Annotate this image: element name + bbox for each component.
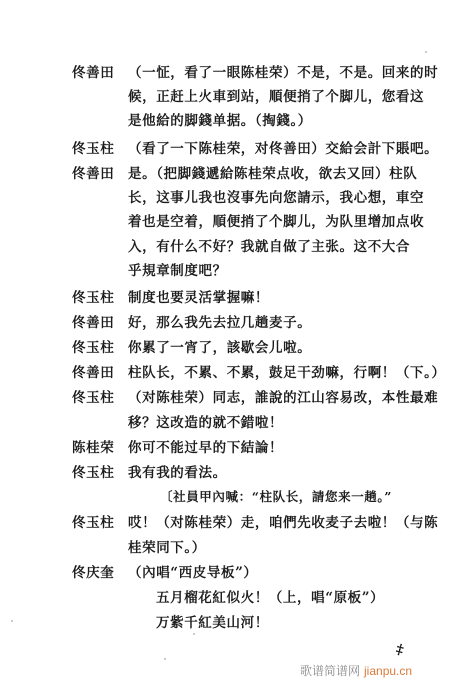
speaker-label: 佟玉柱 — [72, 340, 114, 356]
dialogue-line: 乎規章制度吧？ — [128, 263, 227, 279]
dialogue-line: 着也是空着，順便捎了个脚儿，为队里增加点收 — [128, 214, 424, 230]
scan-speck — [11, 620, 13, 622]
speaker-label: 佟玉柱 — [72, 515, 114, 531]
watermark: 歌谱简谱网jianpu.cn — [300, 662, 412, 679]
speaker-label: 佟善田 — [72, 166, 114, 182]
speaker-label: 佟玉柱 — [72, 390, 114, 406]
dialogue-line: （看了一下陈桂荣，对佟善田）交給会計下賬吧。 — [128, 141, 438, 157]
speaker-label: 佟玉柱 — [72, 141, 114, 157]
stage-direction: 〔社員甲內喊：“柱队长，請您来一趟。” — [160, 489, 392, 505]
speaker-label: 佟善田 — [72, 365, 114, 381]
scan-speck — [164, 658, 166, 660]
dialogue-line: 候，正赶上火車到站，順便捎了个脚儿，您看这 — [128, 89, 424, 105]
verse-line: 万紫千紅美山河！ — [156, 615, 269, 631]
dialogue-line: 桂荣同下。） — [128, 540, 206, 556]
speaker-label: 佟庆奎 — [72, 565, 114, 581]
dialogue-line: （一怔，看了一眼陈桂荣）不是，不是。回来的时 — [128, 65, 438, 81]
dialogue-line: 是他給的脚錢单据。（掏錢。） — [128, 113, 312, 129]
dialogue-line: 制度也要灵活掌握嘛！ — [128, 290, 269, 306]
verse-line: 五月榴花紅似火！（上，唱“原板”） — [156, 590, 384, 606]
speaker-label: 佟善田 — [72, 315, 114, 331]
script-page: 佟善田 （一怔，看了一眼陈桂荣）不是，不是。回来的时 候，正赶上火車到站，順便捎… — [0, 0, 449, 690]
speaker-label: 佟玉柱 — [72, 290, 114, 306]
scan-speck — [193, 633, 195, 635]
dialogue-line: 入，有什么不好？我就自做了主张。这不大合 — [128, 239, 410, 255]
dialogue-line: 你可不能过早的下結論！ — [128, 440, 283, 456]
dialogue-line: 柱队长，不累、不累，鼓足干劲嘛，行啊！（下。） — [128, 365, 446, 381]
speaker-label: 陈桂荣 — [72, 440, 114, 456]
dialogue-line: 你累了一宵了，該歇会儿啦。 — [128, 340, 311, 356]
folio-mark: ‡ — [394, 641, 405, 658]
watermark-cn: 歌谱简谱网 — [300, 664, 360, 678]
speaker-label: 佟善田 — [72, 65, 114, 81]
dialogue-line: 是。（把脚錢遞給陈桂荣点收，欲去又回）柱队 — [128, 166, 417, 182]
dialogue-line: 长，这事儿我也沒事先向您請示，我心想，車空 — [128, 190, 424, 206]
dialogue-line: （內唱“西皮导板”） — [128, 565, 258, 581]
dialogue-line: 哎！（对陈桂荣）走，咱們先收麦子去啦！（与陈 — [128, 515, 438, 531]
scan-speck — [425, 51, 427, 53]
dialogue-line: （对陈桂荣）同志，誰說的江山容易改，本性最难 — [128, 390, 438, 406]
dialogue-line: 好，那么我先去拉几趟麦子。 — [128, 315, 311, 331]
speaker-label: 佟玉柱 — [72, 465, 114, 481]
watermark-en: jianpu.cn — [364, 664, 412, 678]
dialogue-line: 我有我的看法。 — [128, 465, 227, 481]
dialogue-line: 移？这改造的就不錯啦！ — [128, 415, 283, 431]
